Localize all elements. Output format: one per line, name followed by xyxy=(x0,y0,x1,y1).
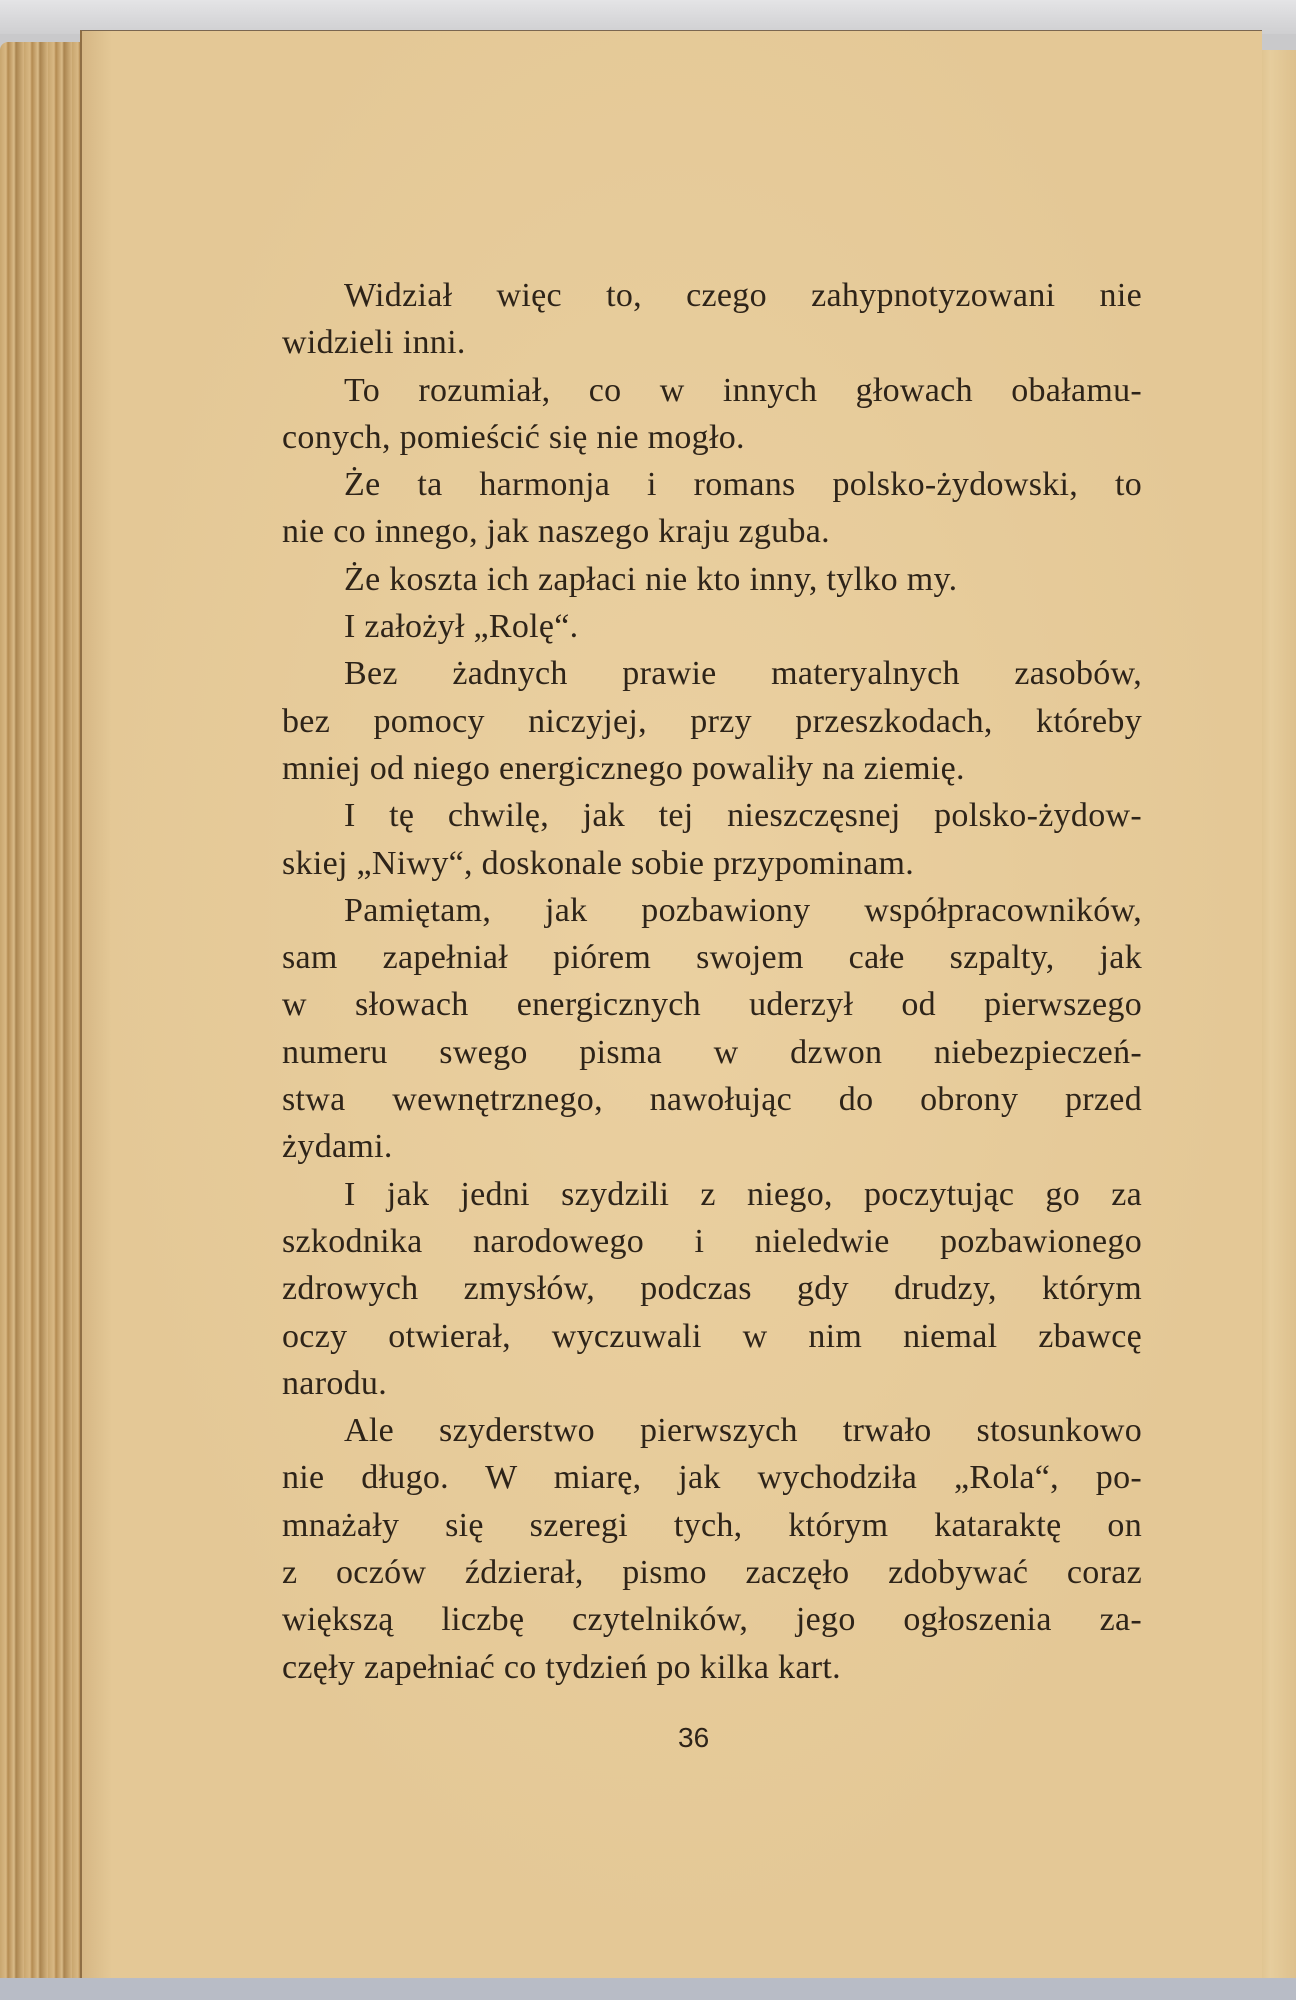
paragraph: I tę chwilę, jak tej nieszczęsnej polsko… xyxy=(282,792,1142,887)
text-line: I jak jedni szydzili z niego, poczytując… xyxy=(282,1171,1142,1218)
text-line: częły zapełniać co tydzień po kilka kart… xyxy=(282,1644,1142,1691)
text-line: Że ta harmonja i romans polsko-żydowski,… xyxy=(282,461,1142,508)
text-line: stwa wewnętrznego, nawołując do obrony p… xyxy=(282,1076,1142,1123)
paragraph: Widział więc to, czego zahypnotyzowani n… xyxy=(282,272,1142,367)
paragraph: To rozumiał, co w innych głowach obałamu… xyxy=(282,367,1142,462)
text-line: I założył „Rolę“. xyxy=(282,603,1142,650)
text-line: Bez żadnych prawie materyalnych zasobów, xyxy=(282,650,1142,697)
page-body-text: Widział więc to, czego zahypnotyzowani n… xyxy=(282,272,1142,1691)
text-line: widzieli inni. xyxy=(282,319,1142,366)
page-number: 36 xyxy=(678,1722,709,1754)
text-line: szkodnika narodowego i nieledwie pozbawi… xyxy=(282,1218,1142,1265)
text-line: oczy otwierał, wyczuwali w nim niemal zb… xyxy=(282,1313,1142,1360)
paragraph: Że ta harmonja i romans polsko-żydowski,… xyxy=(282,461,1142,556)
text-line: narodu. xyxy=(282,1360,1142,1407)
page-edges-stack xyxy=(0,42,84,1987)
text-line: żydami. xyxy=(282,1123,1142,1170)
text-line: sam zapełniał piórem swojem całe szpalty… xyxy=(282,934,1142,981)
text-line: Widział więc to, czego zahypnotyzowani n… xyxy=(282,272,1142,319)
text-line: mniej od niego energicznego powaliły na … xyxy=(282,745,1142,792)
text-line: To rozumiał, co w innych głowach obałamu… xyxy=(282,367,1142,414)
text-line: Pamiętam, jak pozbawiony współpracownikó… xyxy=(282,887,1142,934)
paragraph: I założył „Rolę“. xyxy=(282,603,1142,650)
text-line: nie długo. W miarę, jak wychodziła „Rola… xyxy=(282,1454,1142,1501)
text-line: mnażały się szeregi tych, którym katarak… xyxy=(282,1502,1142,1549)
text-line: w słowach energicznych uderzył od pierws… xyxy=(282,981,1142,1028)
scan-background-top xyxy=(0,0,1296,34)
text-line: nie co innego, jak naszego kraju zguba. xyxy=(282,508,1142,555)
text-line: conych, pomieścić się nie mogło. xyxy=(282,414,1142,461)
text-line: Że koszta ich zapłaci nie kto inny, tylk… xyxy=(282,556,1142,603)
text-line: bez pomocy niczyjej, przy przeszkodach, … xyxy=(282,698,1142,745)
text-line: Ale szyderstwo pierwszych trwało stosunk… xyxy=(282,1407,1142,1454)
text-line: skiej „Niwy“, doskonale sobie przypomina… xyxy=(282,840,1142,887)
scan-background-bottom xyxy=(0,1978,1296,2000)
text-line: zdrowych zmysłów, podczas gdy drudzy, kt… xyxy=(282,1265,1142,1312)
text-line: większą liczbę czytelników, jego ogłosze… xyxy=(282,1596,1142,1643)
text-line: I tę chwilę, jak tej nieszczęsnej polsko… xyxy=(282,792,1142,839)
paragraph: Bez żadnych prawie materyalnych zasobów,… xyxy=(282,650,1142,792)
paragraph: Pamiętam, jak pozbawiony współpracownikó… xyxy=(282,887,1142,1171)
paragraph: Że koszta ich zapłaci nie kto inny, tylk… xyxy=(282,556,1142,603)
text-line: z oczów ździerał, pismo zaczęło zdobywać… xyxy=(282,1549,1142,1596)
paragraph: I jak jedni szydzili z niego, poczytując… xyxy=(282,1171,1142,1407)
text-line: numeru swego pisma w dzwon niebezpieczeń… xyxy=(282,1029,1142,1076)
paragraph: Ale szyderstwo pierwszych trwało stosunk… xyxy=(282,1407,1142,1691)
